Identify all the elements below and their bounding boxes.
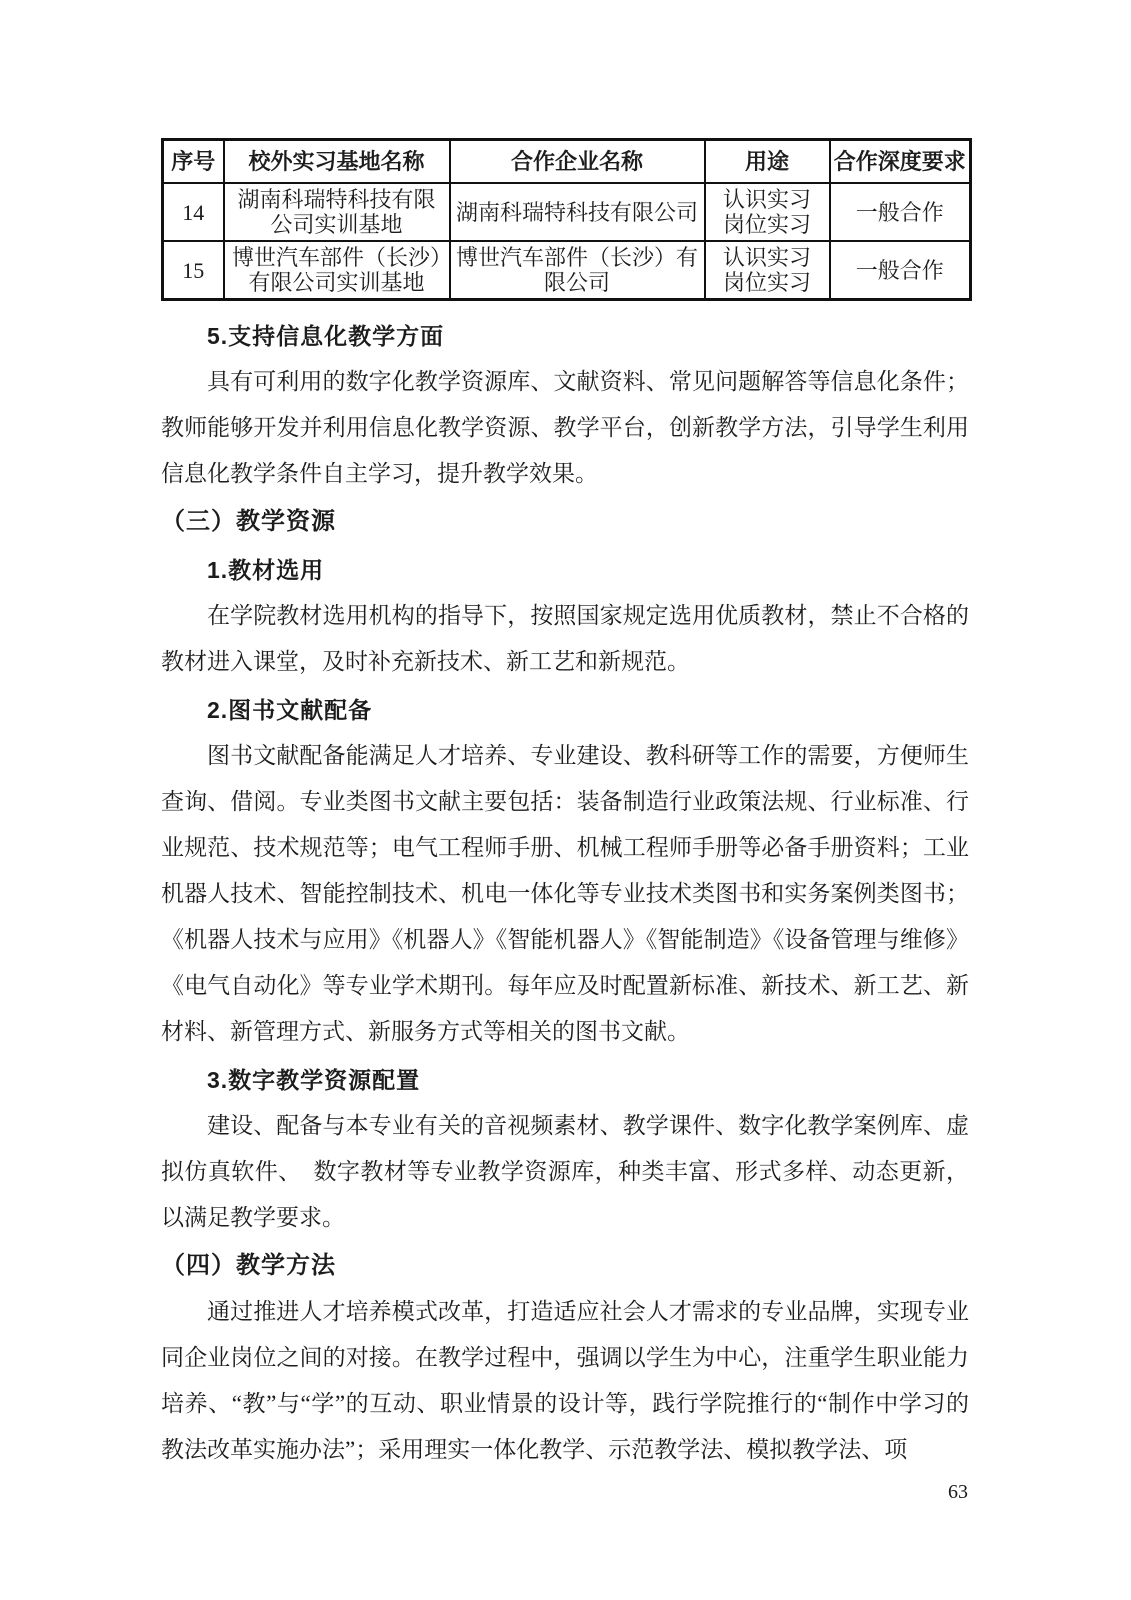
cell-base: 湖南科瑞特科技有限公司实训基地 bbox=[224, 183, 450, 241]
cell-depth: 一般合作 bbox=[830, 241, 971, 300]
cell-company: 博世汽车部件（长沙）有限公司 bbox=[450, 241, 705, 300]
section-heading: 5.支持信息化教学方面 bbox=[161, 313, 969, 359]
column-header: 合作深度要求 bbox=[830, 140, 971, 184]
cell-no: 14 bbox=[163, 183, 224, 241]
column-header: 合作企业名称 bbox=[450, 140, 705, 184]
section-heading: 1.教材选用 bbox=[161, 547, 969, 593]
page-content: 序号校外实习基地名称合作企业名称用途合作深度要求 14湖南科瑞特科技有限公司实训… bbox=[161, 138, 969, 1473]
table-row: 15博世汽车部件（长沙）有限公司实训基地博世汽车部件（长沙）有限公司认识实习 岗… bbox=[163, 241, 971, 300]
table-header-row: 序号校外实习基地名称合作企业名称用途合作深度要求 bbox=[163, 140, 971, 184]
paragraph: 在学院教材选用机构的指导下，按照国家规定选用优质教材，禁止不合格的教材进入课堂，… bbox=[161, 593, 969, 685]
table-row: 14湖南科瑞特科技有限公司实训基地湖南科瑞特科技有限公司认识实习 岗位实习一般合… bbox=[163, 183, 971, 241]
cell-purpose: 认识实习 岗位实习 bbox=[705, 241, 830, 300]
paragraph: 图书文献配备能满足人才培养、专业建设、教科研等工作的需要，方便师生查询、借阅。专… bbox=[161, 733, 969, 1055]
document-page: 序号校外实习基地名称合作企业名称用途合作深度要求 14湖南科瑞特科技有限公司实训… bbox=[0, 0, 1131, 1600]
document-body: 5.支持信息化教学方面具有可利用的数字化教学资源库、文献资料、常见问题解答等信息… bbox=[161, 313, 969, 1473]
section-heading: 2.图书文献配备 bbox=[161, 687, 969, 733]
column-header: 校外实习基地名称 bbox=[224, 140, 450, 184]
cell-company: 湖南科瑞特科技有限公司 bbox=[450, 183, 705, 241]
cell-base: 博世汽车部件（长沙）有限公司实训基地 bbox=[224, 241, 450, 300]
cell-purpose: 认识实习 岗位实习 bbox=[705, 183, 830, 241]
page-number: 63 bbox=[948, 1480, 968, 1504]
table-body: 14湖南科瑞特科技有限公司实训基地湖南科瑞特科技有限公司认识实习 岗位实习一般合… bbox=[163, 183, 971, 300]
column-header: 序号 bbox=[163, 140, 224, 184]
practice-base-table: 序号校外实习基地名称合作企业名称用途合作深度要求 14湖南科瑞特科技有限公司实训… bbox=[161, 138, 972, 301]
cell-no: 15 bbox=[163, 241, 224, 300]
cell-depth: 一般合作 bbox=[830, 183, 971, 241]
paragraph: 建设、配备与本专业有关的音视频素材、教学课件、数字化教学案例库、虚拟仿真软件、 … bbox=[161, 1103, 969, 1241]
section-heading: 3.数字教学资源配置 bbox=[161, 1057, 969, 1103]
paragraph: 通过推进人才培养模式改革，打造适应社会人才需求的专业品牌，实现专业同企业岗位之间… bbox=[161, 1289, 969, 1473]
column-header: 用途 bbox=[705, 140, 830, 184]
section-heading: （三）教学资源 bbox=[161, 499, 969, 545]
section-heading: （四）教学方法 bbox=[161, 1243, 969, 1289]
paragraph: 具有可利用的数字化教学资源库、文献资料、常见问题解答等信息化条件；教师能够开发并… bbox=[161, 359, 969, 497]
